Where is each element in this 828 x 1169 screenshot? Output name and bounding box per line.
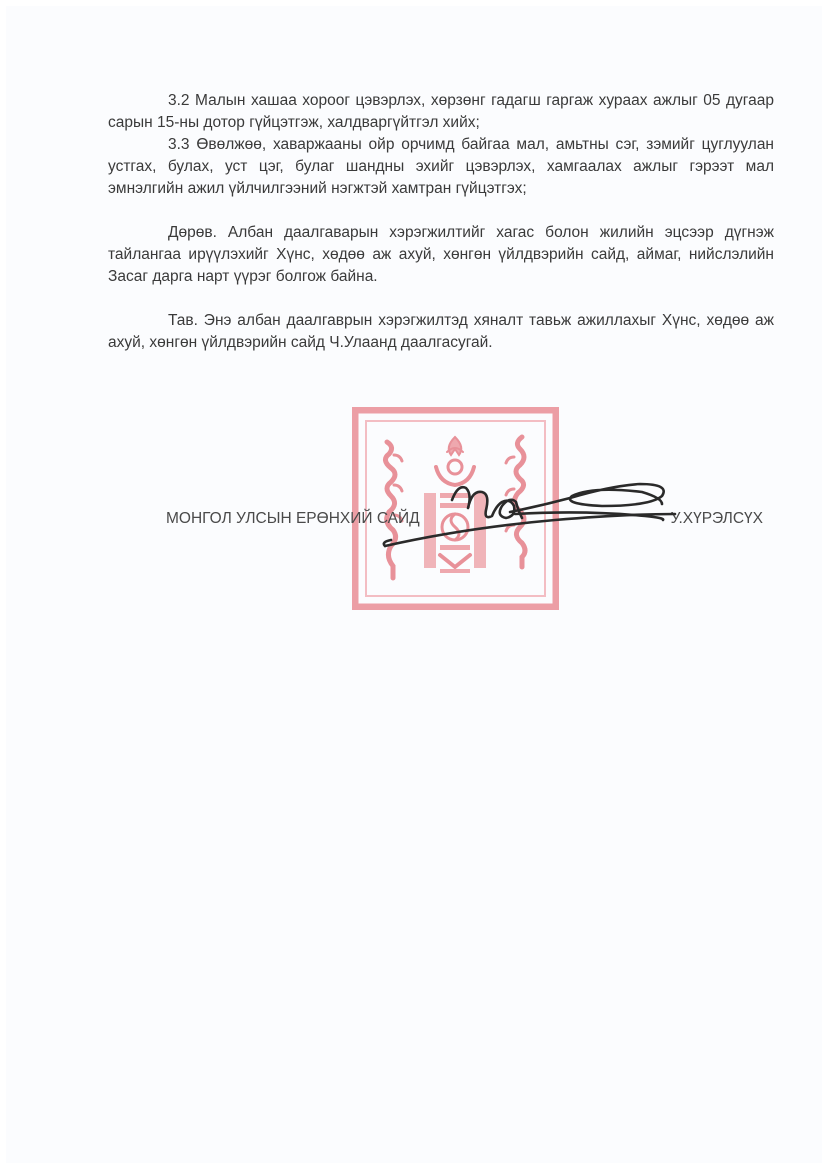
paragraph-4: Дөрөв. Албан даалгаварын хэрэгжилтийг ха… (108, 222, 774, 288)
paragraph-3-3: 3.3 Өвөлжөө, хаваржааны ойр орчимд байга… (108, 134, 774, 200)
paragraph-3-2: 3.2 Малын хашаа хороог цэвэрлэх, хөрзөнг… (108, 90, 774, 134)
handwritten-signature-icon (380, 470, 690, 550)
paragraph-5: Тав. Энэ албан даалгаврын хэрэгжилтэд хя… (108, 310, 774, 354)
document-body: 3.2 Малын хашаа хороог цэвэрлэх, хөрзөнг… (108, 90, 774, 354)
